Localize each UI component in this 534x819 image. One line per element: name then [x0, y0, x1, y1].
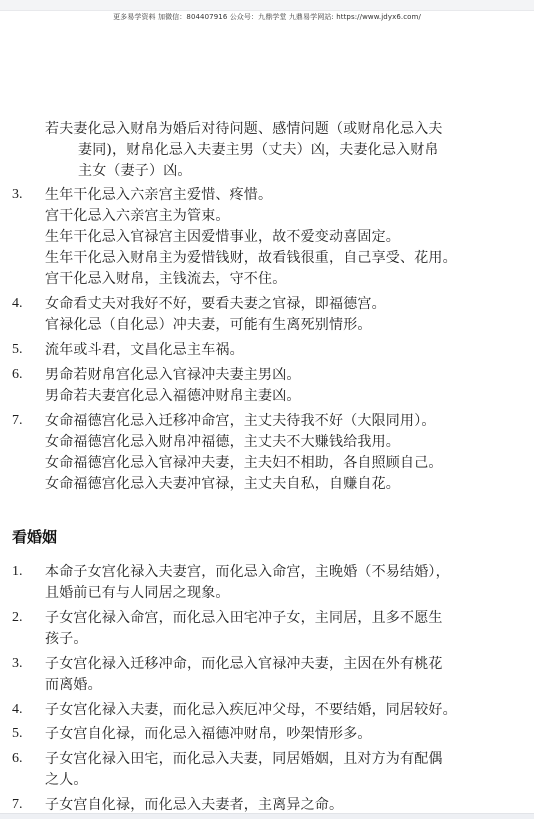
- document-page: 若夫妻化忌入财帛为婚后对待问题、感情问题（或财帛化忌入夫 妻同)，财帛化忌入夫妻…: [0, 0, 534, 819]
- bottom-bar: [0, 813, 534, 819]
- list-number: 3.: [12, 186, 23, 204]
- list-item-line: 本命子女宫化禄入夫妻宫，而化忌入命宫，主晚婚（不易结婚），: [45, 563, 450, 581]
- list-item-line: 且婚前已有与人同居之现象。: [45, 584, 230, 602]
- list-number: 4.: [12, 701, 23, 719]
- list-number: 7.: [12, 796, 23, 814]
- list-item-line: 宫干化忌入六亲宫主为管束。: [45, 207, 230, 225]
- list-item-line: 官禄化忌（自化忌）冲夫妻，可能有生离死别情形。: [45, 316, 372, 334]
- list-number: 1.: [12, 563, 23, 581]
- list-item-line: 子女宫自化禄，而化忌入福德冲财帛，吵架情形多。: [45, 725, 372, 743]
- list-item-line: 而离婚。: [45, 676, 102, 694]
- list-item-line: 生年干化忌入财帛主为爱惜钱财，故看钱很重，自己享受、花用。: [45, 249, 457, 267]
- section-heading: 看婚姻: [12, 527, 57, 547]
- intro-line-2: 妻同)，财帛化忌入夫妻主男（丈夫）凶，夫妻化忌入财帛: [78, 141, 439, 159]
- list-item-line: 女命福德宫化忌入官禄冲夫妻，主夫妇不相助，各自照顾自己。: [45, 454, 443, 472]
- list-item-line: 女命福德宫化忌入财帛冲福德，主丈夫不大赚钱给我用。: [45, 433, 400, 451]
- list-item-line: 之人。: [45, 771, 88, 789]
- list-item-line: 子女宫化禄入命宫，而化忌入田宅冲子女，主同居，且多不愿生: [45, 609, 443, 627]
- list-item-line: 子女宫自化禄，而化忌入夫妻者，主离异之命。: [45, 796, 343, 814]
- list-number: 7.: [12, 412, 23, 430]
- list-item-line: 孩子。: [45, 630, 88, 648]
- list-number: 3.: [12, 655, 23, 673]
- list-number: 6.: [12, 750, 23, 768]
- list-item-line: 子女宫化禄入夫妻，而化忌入疾厄冲父母，不要结婚，同居较好。: [45, 701, 457, 719]
- list-item-line: 生年干化忌入六亲宫主爱惜、疼惜。: [45, 186, 272, 204]
- list-item-line: 女命看丈夫对我好不好，要看夫妻之官禄，即福德宫。: [45, 295, 386, 313]
- list-item-line: 女命福德宫化忌入迁移冲命宫，主丈夫待我不好（大限同用）。: [45, 412, 436, 430]
- list-item-line: 宫干化忌入财帛，主钱流去，守不住。: [45, 270, 286, 288]
- list-item-line: 子女宫化禄入田宅，而化忌入夫妻，同居婚姻，且对方为有配偶: [45, 750, 443, 768]
- list-number: 5.: [12, 341, 23, 359]
- list-number: 4.: [12, 295, 23, 313]
- list-number: 2.: [12, 609, 23, 627]
- list-item-line: 流年或斗君，文昌化忌主车祸。: [45, 341, 244, 359]
- list-item-line: 男命若夫妻宫化忌入福德冲财帛主妻凶。: [45, 387, 301, 405]
- intro-line-1: 若夫妻化忌入财帛为婚后对待问题、感情问题（或财帛化忌入夫: [45, 120, 443, 138]
- list-number: 6.: [12, 366, 23, 384]
- list-number: 5.: [12, 725, 23, 743]
- intro-line-3: 主女（妻子）凶。: [78, 162, 192, 180]
- list-item-line: 子女宫化禄入迁移冲命，而化忌入官禄冲夫妻，主因在外有桃花: [45, 655, 443, 673]
- list-item-line: 生年干化忌入官禄宫主因爱惜事业，故不爱变动喜固定。: [45, 228, 400, 246]
- list-item-line: 男命若财帛宫化忌入官禄冲夫妻主男凶。: [45, 366, 301, 384]
- list-item-line: 女命福德宫化忌入夫妻冲官禄，主丈夫自私，自赚自花。: [45, 475, 400, 493]
